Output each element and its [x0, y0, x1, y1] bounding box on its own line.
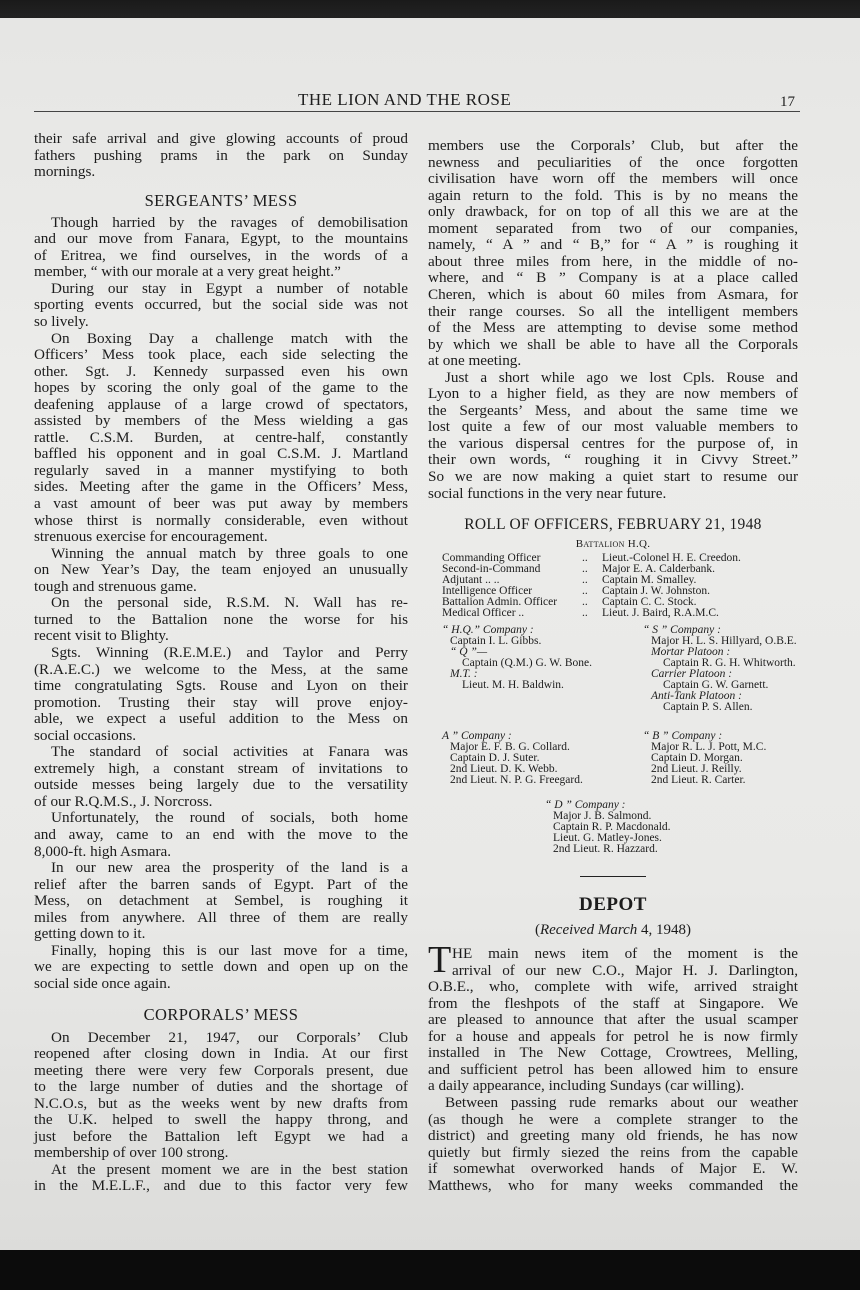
body-line: and our move from Fanara, Egypt, to the … [34, 231, 408, 247]
hq-company-block: “ H.Q.” Company :Captain I. L. Gibbs.“ Q… [442, 625, 592, 691]
body-line: newness and peculiarities of the once fo… [428, 155, 798, 171]
body-line: Sgts. Winning (R.E.M.E.) and Taylor and … [34, 645, 408, 661]
body-line: So we are now making a quiet start to re… [428, 469, 798, 485]
body-line: fathers pushing prams in the park on Sun… [34, 148, 408, 164]
body-line: members use the Corporals’ Club, but aft… [428, 138, 798, 154]
body-line: if somewhat overworked hands of Major E.… [428, 1161, 798, 1177]
page-number: 17 [780, 94, 795, 111]
scan-bottom-edge [0, 1250, 860, 1290]
body-line: promotion. Trusting their stay will prov… [34, 695, 408, 711]
body-line: On December 21, 1947, our Corporals’ Clu… [34, 1030, 408, 1046]
body-line: time congratulating Sgts. Rouse and Lyon… [34, 678, 408, 694]
officer-role: Medical Officer .. [442, 608, 582, 619]
officer-row: Medical Officer ....Lieut. J. Baird, R.A… [442, 608, 719, 619]
body-line: social side once again. [34, 976, 408, 992]
b-company-block: “ B ” Company :Major R. L. J. Pott, M.C.… [643, 731, 766, 786]
roll-of-officers-title: ROLL OF OFFICERS, FEBRUARY 21, 1948 [428, 516, 798, 534]
body-line: deafening applause of a large crowd of s… [34, 397, 408, 413]
body-line: of Eritrea, we find ourselves, in the wo… [34, 248, 408, 264]
body-line: in the M.E.L.F., and due to this factor … [34, 1178, 408, 1194]
body-line: Matthews, who for many weeks commanded t… [428, 1178, 798, 1194]
body-line: Lyon to a higher field, as they are now … [428, 386, 798, 402]
company-officer: 2nd Lieut. R. Carter. [643, 775, 766, 786]
body-line: Finally, hoping this is our last move fo… [34, 943, 408, 959]
body-line: extremely high, a constant stream of inv… [34, 761, 408, 777]
drop-cap: T [428, 944, 451, 976]
body-line: and sufficient petrol has been allowed h… [428, 1062, 798, 1078]
body-line: for a house and appeals for petrol he is… [428, 1029, 798, 1045]
body-line: 8,000-ft. high Asmara. [34, 844, 408, 860]
body-line: reopened after closing down in India. At… [34, 1046, 408, 1062]
body-line: turned to the Battalion none the worse f… [34, 612, 408, 628]
body-line: we are expecting to settle down and open… [34, 959, 408, 975]
body-line: moment separated from two of our compani… [428, 221, 798, 237]
body-line: regularly saved in a manner mystifying t… [34, 463, 408, 479]
company-officer: 2nd Lieut. R. Hazzard. [545, 844, 671, 855]
body-line: of our R.Q.M.S., J. Norcross. [34, 794, 408, 810]
body-line: tough and strenuous game. [34, 579, 408, 595]
section-heading-depot: DEPOT [428, 894, 798, 916]
received-label: Received March [540, 922, 637, 938]
officer-name: Lieut. J. Baird, R.A.M.C. [602, 608, 719, 619]
body-line: O.B.E., who, complete with wife, arrived… [428, 979, 798, 995]
body-line: Unfortunately, the round of socials, bot… [34, 810, 408, 826]
body-line: the Sergeants’ Mess, and about the same … [428, 403, 798, 419]
body-line: from the fleshpots of the staff at Singa… [428, 996, 798, 1012]
body-line: miles from anywhere. All three of them a… [34, 910, 408, 926]
body-line: their range courses. So all the intellig… [428, 304, 798, 320]
body-line: recent visit to Blighty. [34, 628, 408, 644]
body-line: a vast amount of beer was put away by me… [34, 496, 408, 512]
body-line: able, we expect a useful addition to the… [34, 711, 408, 727]
body-line: again return to the fold. This is by no … [428, 188, 798, 204]
body-line: Winning the annual match by three goals … [34, 546, 408, 562]
body-line: relief after the barren sands of Egypt. … [34, 877, 408, 893]
company-officer: Lieut. M. H. Baldwin. [442, 680, 592, 691]
body-line: to the large number of duties and the sh… [34, 1079, 408, 1095]
body-line: at one meeting. [428, 353, 798, 369]
body-line: At the present moment we are in the best… [34, 1162, 408, 1178]
section-heading-corporals-mess: CORPORALS’ MESS [34, 1005, 408, 1025]
header-rule [34, 111, 800, 112]
body-line: about three miles from here, in the midd… [428, 254, 798, 270]
body-line: Cheren, which is about 60 miles from Asm… [428, 287, 798, 303]
body-line: a daily appearance, including Sundays (c… [428, 1078, 798, 1094]
body-line: HE main news item of the moment is the [452, 946, 798, 962]
body-line: Just a short while ago we lost Cpls. Rou… [428, 370, 798, 386]
body-line: (R.A.E.C.) we welcome to the Mess, at th… [34, 662, 408, 678]
body-line: Mess, on detachment at Sembel, is roughi… [34, 893, 408, 909]
body-line: sporting events occurred, but the social… [34, 297, 408, 313]
s-company-block: “ S ” Company :Major H. L. S. Hillyard, … [643, 625, 797, 713]
body-line: membership of over 100 strong. [34, 1145, 408, 1161]
body-line: strenuous exercise for encouragement. [34, 529, 408, 545]
body-line: where, and “ B ” Company is at a place c… [428, 270, 798, 286]
body-line: getting down to it. [34, 926, 408, 942]
body-line: (as though he were a complete stranger t… [428, 1112, 798, 1128]
body-line: their own words, “ roughing it in Civvy … [428, 452, 798, 468]
section-divider [580, 876, 646, 877]
body-line: arrival of our new C.O., Major H. J. Dar… [452, 963, 798, 979]
d-company-block: “ D ” Company :Major J. B. Salmond.Capta… [545, 800, 671, 855]
body-line: so lively. [34, 314, 408, 330]
body-line: Between passing rude remarks about our w… [428, 1095, 798, 1111]
running-title: THE LION AND THE ROSE [298, 90, 511, 110]
body-line: whose thirst is normally considerable, e… [34, 513, 408, 529]
magazine-page: THE LION AND THE ROSE 17 their safe arri… [0, 18, 860, 1258]
body-line: social occasions. [34, 728, 408, 744]
leader-dots: .. [582, 608, 602, 619]
body-line: Officers’ Mess took place, each side sel… [34, 347, 408, 363]
body-line: district) and greeting many old friends,… [428, 1128, 798, 1144]
section-heading-sergeants-mess: SERGEANTS’ MESS [34, 191, 408, 211]
body-line: on New Year’s Day, the team enjoyed an u… [34, 562, 408, 578]
body-line: by which we shall be able to have all th… [428, 337, 798, 353]
body-line: other. Sgt. J. Kennedy surpassed even hi… [34, 364, 408, 380]
body-line: meeting there were very few Corporals pr… [34, 1063, 408, 1079]
body-line: rattle. C.S.M. Burden, at centre-half, c… [34, 430, 408, 446]
body-line: just before the Battalion left Egypt we … [34, 1129, 408, 1145]
body-line: mornings. [34, 164, 408, 180]
received-date: (Received March 4, 1948) [428, 922, 798, 939]
body-line: the various dispersal centres for the pu… [428, 436, 798, 452]
body-line: namely, “ A ” and “ B,” for “ A ” is rou… [428, 237, 798, 253]
body-line: the U.K. helped to swell the happy thron… [34, 1112, 408, 1128]
body-line: On Boxing Day a challenge match with the [34, 331, 408, 347]
body-line: their safe arrival and give glowing acco… [34, 131, 408, 147]
body-line: are pleased to announce that after the u… [428, 1012, 798, 1028]
company-officer: Captain P. S. Allen. [643, 702, 797, 713]
body-line: During our stay in Egypt a number of not… [34, 281, 408, 297]
body-line: only drawback, for on top of all this we… [428, 204, 798, 220]
body-line: member, “ with our morale at a very grea… [34, 264, 408, 280]
body-line: Though harried by the ravages of demobil… [34, 215, 408, 231]
company-officer: 2nd Lieut. N. P. G. Freegard. [442, 775, 583, 786]
battalion-hq-heading: Battalion H.Q. [428, 538, 798, 550]
body-line: outside messes being largely due to the … [34, 777, 408, 793]
body-line: quietly but firmly siezed the reins from… [428, 1145, 798, 1161]
body-line: of the Mess are attempting to devise som… [428, 320, 798, 336]
body-line: N.C.O.s, but as the weeks went by new dr… [34, 1096, 408, 1112]
body-line: social functions in the very near future… [428, 486, 798, 502]
body-line: In our new area the prosperity of the la… [34, 860, 408, 876]
body-line: hopes by scoring the only goal of the ga… [34, 380, 408, 396]
body-line: On the personal side, R.S.M. N. Wall has… [34, 595, 408, 611]
body-line: baffled his opponent and in goal C.S.M. … [34, 446, 408, 462]
a-company-block: A ” Company :Major E. F. B. G. Collard.C… [442, 731, 583, 786]
body-line: civilisation have worn off the members w… [428, 171, 798, 187]
body-line: The standard of social activities at Fan… [34, 744, 408, 760]
body-line: sides. Meeting after the game in the Off… [34, 479, 408, 495]
body-line: assisted by members of the Mess wielding… [34, 413, 408, 429]
body-line: and away, came to an end with the move t… [34, 827, 408, 843]
body-line: lost quite a few of our most valuable me… [428, 419, 798, 435]
body-line: installed in The New Cottage, Crowtrees,… [428, 1045, 798, 1061]
